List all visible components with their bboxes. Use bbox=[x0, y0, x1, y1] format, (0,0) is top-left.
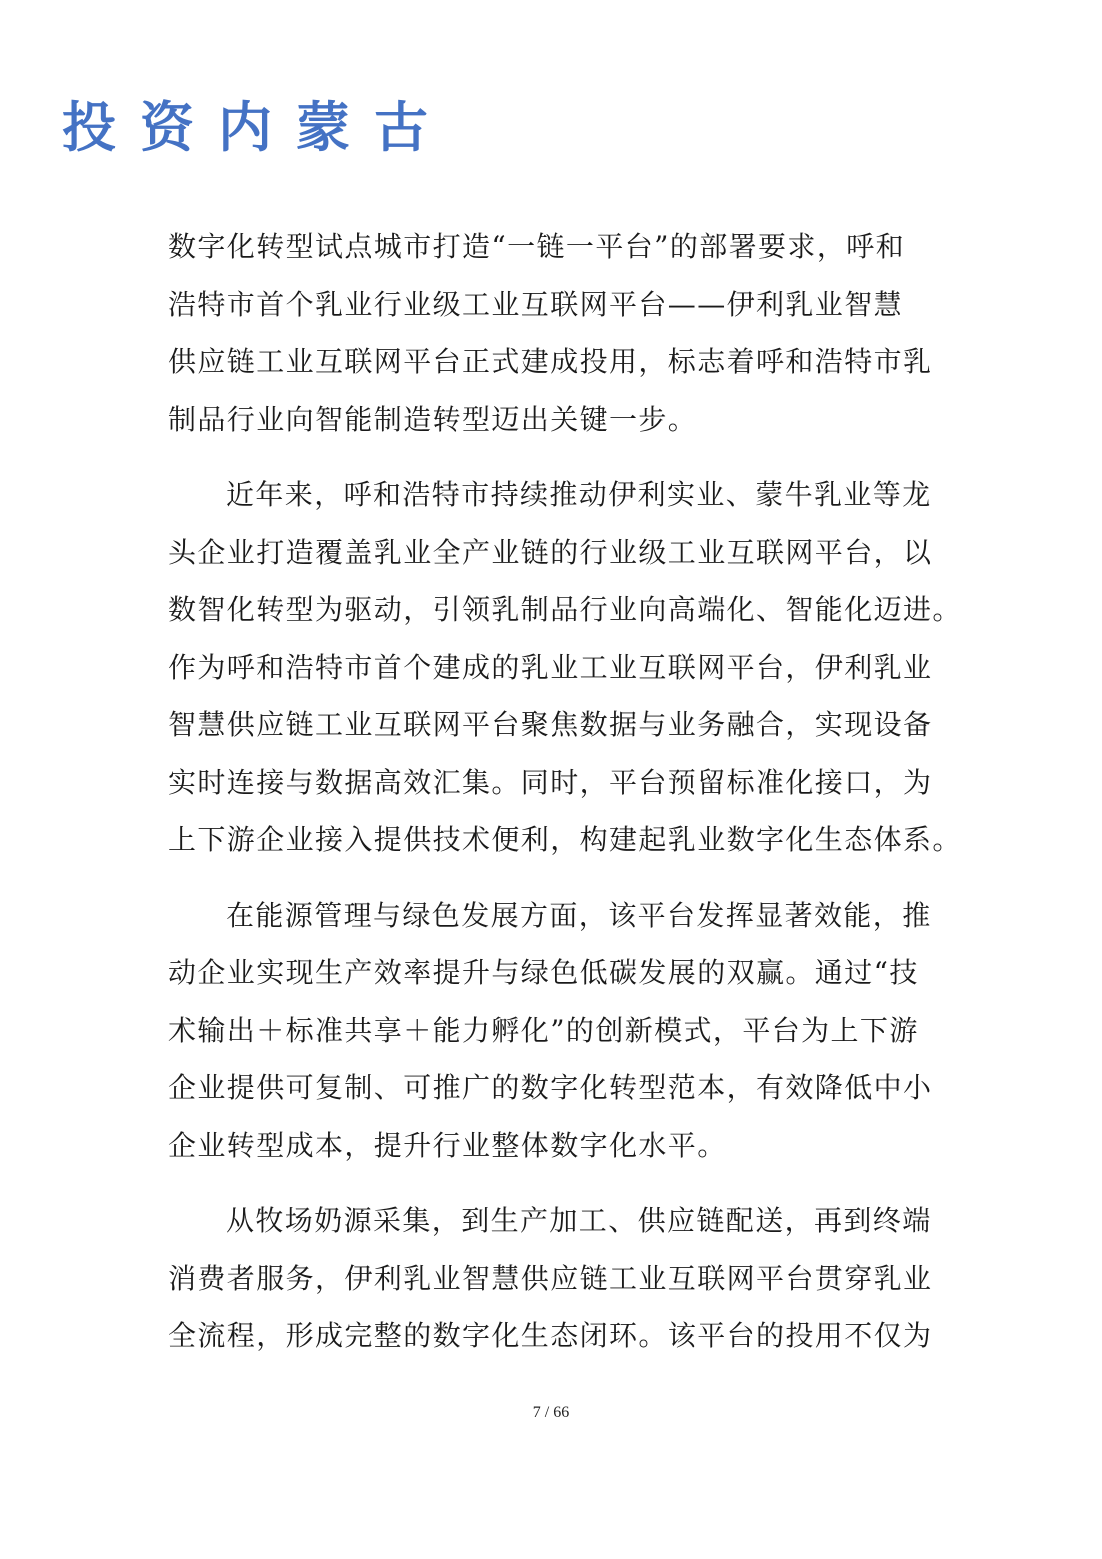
text-line: 术输出＋标准共享＋能力孵化”的创新模式，平台为上下游 bbox=[168, 1002, 936, 1060]
text-line: 智慧供应链工业互联网平台聚焦数据与业务融合，实现设备 bbox=[168, 696, 936, 754]
text-line: 实时连接与数据高效汇集。同时，平台预留标准化接口，为 bbox=[168, 754, 936, 812]
text-line: 消费者服务，伊利乳业智慧供应链工业互联网平台贯穿乳业 bbox=[168, 1250, 936, 1308]
text-line: 供应链工业互联网平台正式建成投用，标志着呼和浩特市乳 bbox=[168, 333, 936, 391]
paragraph-4: 从牧场奶源采集，到生产加工、供应链配送，再到终端 消费者服务，伊利乳业智慧供应链… bbox=[168, 1192, 936, 1365]
page-number: 7 / 66 bbox=[0, 1404, 1102, 1422]
text-line: 数字化转型试点城市打造“一链一平台”的部署要求，呼和 bbox=[168, 218, 936, 276]
text-line: 企业转型成本，提升行业整体数字化水平。 bbox=[168, 1117, 936, 1175]
text-line: 在能源管理与绿色发展方面，该平台发挥显著效能，推 bbox=[168, 887, 936, 945]
text-line: 上下游企业接入提供技术便利，构建起乳业数字化生态体系。 bbox=[168, 811, 936, 869]
text-line: 数智化转型为驱动，引领乳制品行业向高端化、智能化迈进。 bbox=[168, 581, 936, 639]
text-line: 作为呼和浩特市首个建成的乳业工业互联网平台，伊利乳业 bbox=[168, 639, 936, 697]
text-line: 全流程，形成完整的数字化生态闭环。该平台的投用不仅为 bbox=[168, 1307, 936, 1365]
text-line: 头企业打造覆盖乳业全产业链的行业级工业互联网平台，以 bbox=[168, 524, 936, 582]
article-body: 数字化转型试点城市打造“一链一平台”的部署要求，呼和 浩特市首个乳业行业级工业互… bbox=[168, 218, 936, 1365]
text-line: 制品行业向智能制造转型迈出关键一步。 bbox=[168, 391, 936, 449]
text-line: 企业提供可复制、可推广的数字化转型范本，有效降低中小 bbox=[168, 1059, 936, 1117]
text-line: 浩特市首个乳业行业级工业互联网平台——伊利乳业智慧 bbox=[168, 276, 936, 334]
page-header-title: 投资内蒙古 bbox=[62, 92, 452, 162]
text-line: 从牧场奶源采集，到生产加工、供应链配送，再到终端 bbox=[168, 1192, 936, 1250]
paragraph-3: 在能源管理与绿色发展方面，该平台发挥显著效能，推 动企业实现生产效率提升与绿色低… bbox=[168, 887, 936, 1175]
paragraph-2: 近年来，呼和浩特市持续推动伊利实业、蒙牛乳业等龙 头企业打造覆盖乳业全产业链的行… bbox=[168, 466, 936, 869]
paragraph-1: 数字化转型试点城市打造“一链一平台”的部署要求，呼和 浩特市首个乳业行业级工业互… bbox=[168, 218, 936, 448]
text-line: 动企业实现生产效率提升与绿色低碳发展的双赢。通过“技 bbox=[168, 944, 936, 1002]
text-line: 近年来，呼和浩特市持续推动伊利实业、蒙牛乳业等龙 bbox=[168, 466, 936, 524]
